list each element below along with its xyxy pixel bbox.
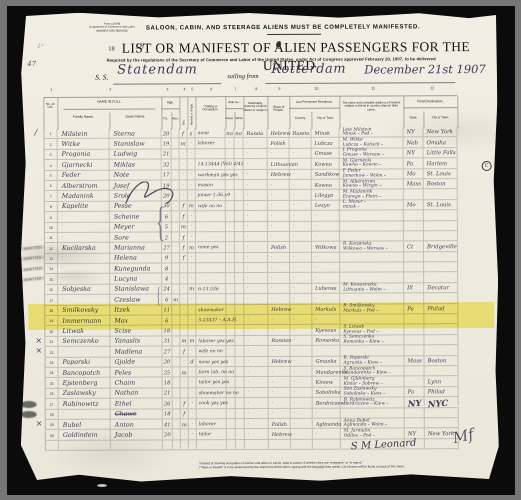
manifest-cell bbox=[173, 378, 181, 387]
manifest-cell bbox=[245, 440, 269, 449]
manifest-cell: Polish bbox=[269, 419, 291, 428]
manifest-cell bbox=[235, 357, 244, 366]
manifest-cell: · bbox=[312, 252, 340, 262]
header-divider bbox=[187, 97, 188, 129]
manifest-cell: Son ZaslawskySobolinka – Kiew – bbox=[341, 387, 405, 397]
manifest-cell bbox=[424, 221, 458, 231]
manifest-cell: · bbox=[244, 357, 268, 366]
header-label: Age. bbox=[161, 101, 179, 105]
manifest-cell: Mass bbox=[404, 179, 424, 188]
manifest-cell bbox=[236, 377, 245, 386]
manifest-cell: · bbox=[189, 388, 197, 397]
manifest-cell: 26 bbox=[163, 399, 173, 408]
manifest-cell: Lithuanian bbox=[268, 159, 290, 168]
manifest-cell bbox=[340, 210, 404, 220]
manifest-page[interactable]: Form 1500-B Department of Commerce and L… bbox=[19, 11, 499, 483]
manifest-cell: 18 bbox=[163, 378, 173, 387]
manifest-cell: Madlena bbox=[110, 347, 162, 357]
manifest-cell: · bbox=[189, 367, 197, 376]
sheet-number-printed: 18 bbox=[108, 46, 115, 53]
manifest-cell: · bbox=[290, 221, 312, 230]
paper-scrap bbox=[97, 484, 107, 487]
manifest-cell: Sterna bbox=[109, 128, 161, 138]
manifest-cell: none yes bbox=[196, 242, 226, 252]
manifest-cell: m bbox=[188, 336, 196, 345]
footnote-line: †“Race or People” is to be determined by… bbox=[199, 464, 455, 469]
manifest-cell bbox=[405, 377, 425, 386]
manifest-cell bbox=[226, 336, 235, 345]
column-number: 12 bbox=[430, 86, 434, 90]
manifest-cell: · bbox=[244, 159, 268, 168]
header-label: Country. bbox=[289, 117, 311, 121]
manifest-cell: Zaslawsky bbox=[59, 388, 111, 398]
manifest-cell bbox=[340, 231, 404, 241]
manifest-cell: · bbox=[245, 419, 269, 428]
manifest-cell: S. SemczenkoRomanka – Kiew – bbox=[340, 335, 404, 345]
manifest-cell: Ill bbox=[404, 283, 424, 292]
manifest-cell bbox=[172, 253, 180, 262]
manifest-cell: · bbox=[268, 284, 290, 293]
manifest-cell: · bbox=[312, 211, 340, 221]
manifest-cell: 27 bbox=[162, 347, 172, 356]
manifest-cell: · bbox=[244, 211, 268, 220]
manifest-cell: · bbox=[180, 284, 188, 293]
manifest-cell bbox=[404, 190, 424, 199]
manifest-cell: Progonia bbox=[58, 149, 110, 159]
manifest-cell: · bbox=[268, 253, 290, 262]
manifest-cell: laborer yes yes bbox=[196, 336, 226, 346]
sheet-number-pencil: 18 bbox=[135, 42, 144, 50]
manifest-cell: · bbox=[180, 357, 188, 366]
manifest-cell: · bbox=[244, 273, 268, 282]
manifest-cell: NY bbox=[403, 127, 423, 136]
manifest-cell bbox=[197, 409, 227, 419]
manifest-cell: workman yes yes bbox=[196, 170, 226, 180]
manifest-cell bbox=[173, 430, 181, 439]
manifest-cell bbox=[235, 222, 244, 231]
manifest-cell: · bbox=[268, 190, 290, 199]
manifest-cell: Nathan bbox=[111, 388, 163, 398]
manifest-cell: · bbox=[226, 138, 235, 147]
manifest-cell: · bbox=[244, 190, 268, 199]
header-divider bbox=[225, 97, 226, 129]
column-number: 4 bbox=[183, 87, 185, 91]
manifest-cell bbox=[196, 232, 226, 242]
inspector-signature: S M Leonard bbox=[351, 438, 417, 453]
manifest-cell: Chawe bbox=[111, 409, 163, 419]
manifest-cell: S. BancopotchMandarenks – Kiew – bbox=[341, 366, 405, 376]
manifest-cell: Gjolde bbox=[110, 357, 162, 367]
manifest-cell: tailor bbox=[197, 429, 227, 439]
manifest-cell bbox=[235, 190, 244, 199]
header-divider bbox=[339, 97, 340, 129]
manifest-cell: · bbox=[188, 191, 196, 200]
margin-mark: × bbox=[36, 419, 43, 428]
manifest-cell: New York bbox=[423, 127, 457, 137]
header-label: NAME IN FULL. bbox=[57, 100, 161, 104]
header-label: Mos. bbox=[171, 117, 179, 120]
manifest-cell bbox=[424, 262, 458, 272]
manifest-cell: · bbox=[244, 253, 268, 262]
header-label: State. bbox=[403, 116, 423, 119]
manifest-cell: · bbox=[188, 139, 196, 148]
header-divider bbox=[289, 97, 290, 129]
manifest-cell bbox=[235, 263, 244, 272]
margin-pencil-note: 47 bbox=[27, 60, 36, 68]
manifest-cell: 41 bbox=[163, 419, 173, 428]
manifest-cell: · bbox=[244, 263, 268, 272]
manifest-cell bbox=[227, 409, 236, 418]
manifest-cell: Kunegunda bbox=[110, 264, 162, 274]
manifest-cell: Ct bbox=[404, 242, 424, 251]
header-label: *Calling or Occupation. bbox=[195, 105, 225, 112]
manifest-cell bbox=[226, 190, 235, 199]
manifest-cell: · bbox=[188, 170, 196, 179]
sailing-from-label: sailing from bbox=[227, 73, 258, 80]
manifest-cell: M. GjarneckiKowno – Kowno – bbox=[340, 159, 404, 169]
manifest-cell: no bbox=[225, 128, 234, 137]
manifest-cell: Philad bbox=[425, 387, 459, 397]
manifest-cell: · bbox=[188, 149, 196, 158]
manifest-cell bbox=[226, 253, 235, 262]
manifest-cell: Little Falls bbox=[424, 148, 458, 158]
manifest-cell bbox=[291, 439, 313, 448]
header-divider bbox=[43, 98, 44, 130]
manifest-cell: · bbox=[268, 263, 290, 272]
column-number: 3 bbox=[166, 87, 168, 91]
manifest-cell: 13 bbox=[44, 254, 58, 263]
manifest-cell: f bbox=[180, 232, 188, 241]
manifest-cell: · bbox=[244, 284, 268, 293]
manifest-cell: 20 bbox=[162, 357, 172, 366]
header-label: Nationality. (Country of which citizen o… bbox=[242, 102, 268, 112]
manifest-cell: · bbox=[188, 180, 196, 189]
manifest-cell bbox=[404, 231, 424, 240]
header-rule bbox=[403, 107, 457, 108]
column-number: 2 bbox=[109, 88, 111, 92]
manifest-cell: Yanaslis bbox=[110, 336, 162, 346]
manifest-cell bbox=[341, 408, 405, 418]
header-label: Given Name. bbox=[109, 115, 161, 119]
manifest-cell: · bbox=[312, 232, 340, 242]
manifest-cell bbox=[235, 211, 244, 220]
manifest-cell bbox=[196, 253, 226, 263]
manifest-cell: Kapelite bbox=[58, 201, 110, 211]
manifest-cell: Bridgeville bbox=[424, 241, 458, 251]
manifest-cell: · bbox=[312, 346, 340, 356]
manifest-cell bbox=[235, 201, 244, 210]
manifest-cell: Pesse bbox=[110, 201, 162, 211]
manifest-cell: · bbox=[290, 284, 312, 293]
manifest-cell: · bbox=[268, 180, 290, 189]
manifest-cell bbox=[227, 429, 236, 438]
manifest-cell: · bbox=[268, 232, 290, 241]
manifest-cell: · bbox=[269, 398, 291, 407]
manifest-cell bbox=[172, 357, 180, 366]
manifest-cell: 19 bbox=[162, 180, 172, 189]
manifest-cell bbox=[235, 149, 244, 158]
manifest-cell: · bbox=[245, 429, 269, 438]
manifest-cell bbox=[425, 366, 459, 376]
ss-prefix: S. S. bbox=[95, 73, 108, 82]
manifest-cell: · bbox=[268, 201, 290, 210]
manifest-cell bbox=[172, 284, 180, 293]
manifest-cell bbox=[173, 409, 181, 418]
manifest-cell: 4 bbox=[162, 274, 172, 283]
manifest-cell: 8 bbox=[162, 263, 172, 272]
manifest-cell bbox=[172, 336, 180, 345]
manifest-cell bbox=[235, 232, 244, 241]
scan-background: Form 1500-B Department of Commerce and L… bbox=[7, 6, 515, 495]
manifest-cell: · bbox=[181, 430, 189, 439]
header-rule bbox=[63, 108, 155, 109]
manifest-cell: Witke bbox=[58, 139, 110, 149]
manifest-cell bbox=[173, 388, 181, 397]
manifest-cell: shoemaker no no bbox=[197, 388, 227, 398]
manifest-cell: Wilkowa bbox=[312, 242, 340, 252]
manifest-cell bbox=[226, 170, 235, 179]
manifest-cell: · bbox=[291, 377, 313, 386]
manifest-cell: · bbox=[244, 346, 268, 355]
manifest-cell: laborer bbox=[197, 419, 227, 429]
manifest-cell: 29 bbox=[45, 420, 59, 429]
manifest-cell: · bbox=[290, 190, 312, 199]
signature-flourish: Mf bbox=[451, 425, 475, 447]
manifest-cell bbox=[181, 440, 189, 449]
manifest-cell: m bbox=[180, 336, 188, 345]
manifest-cell bbox=[172, 232, 180, 241]
admitted-stamp: ADMITTED bbox=[21, 255, 44, 261]
manifest-cell: m bbox=[188, 243, 196, 252]
manifest-cell: Leie MilsteinMinsk – Pod – bbox=[339, 127, 403, 137]
manifest-cell: · bbox=[189, 409, 197, 418]
manifest-cell: · bbox=[244, 138, 268, 147]
manifest-cell: · bbox=[290, 336, 312, 345]
manifest-cell bbox=[172, 243, 180, 252]
manifest-cell: 24 bbox=[45, 368, 59, 377]
manifest-cell: F. FederJamerkow – Wolm – bbox=[340, 169, 404, 179]
manifest-cell: wife no no bbox=[196, 201, 226, 211]
manifest-cell: · bbox=[268, 221, 290, 230]
manifest-cell: · bbox=[290, 263, 312, 272]
manifest-cell bbox=[404, 252, 424, 261]
manifest-cell: · bbox=[290, 346, 312, 355]
manifest-cell bbox=[424, 210, 458, 220]
manifest-cell: 9 bbox=[44, 212, 58, 221]
manifest-cell: Gjarnecki bbox=[58, 160, 110, 170]
manifest-cell: 6-13,536 bbox=[196, 284, 226, 294]
manifest-cell: 6 bbox=[44, 181, 58, 190]
manifest-cell: · bbox=[59, 409, 111, 419]
manifest-cell bbox=[340, 273, 404, 283]
manifest-cell: · bbox=[180, 274, 188, 283]
manifest-cell bbox=[172, 160, 180, 169]
manifest-cell: · bbox=[188, 346, 196, 355]
manifest-cell: M. GjldinbergKinlar – Sobrew – bbox=[341, 377, 405, 387]
manifest-cell bbox=[236, 409, 245, 418]
manifest-cell bbox=[236, 388, 245, 397]
manifest-cell: · bbox=[244, 201, 268, 210]
manifest-cell bbox=[226, 149, 235, 158]
manifest-cell: Scheine bbox=[110, 212, 162, 222]
manifest-cell bbox=[424, 273, 458, 283]
manifest-cell: Semczenko bbox=[58, 336, 110, 346]
column-number: 7 bbox=[234, 87, 236, 91]
column-number: 5 bbox=[191, 87, 193, 91]
manifest-cell: · bbox=[244, 242, 268, 251]
manifest-cell bbox=[235, 242, 244, 251]
manifest-cell bbox=[235, 346, 244, 355]
header-subdivider bbox=[171, 112, 172, 129]
manifest-cell: · bbox=[290, 159, 312, 168]
manifest-cell: Madanink bbox=[58, 191, 110, 201]
manifest-cell: M. KowasinskaLithuania – Wolm – bbox=[340, 283, 404, 293]
manifest-cell: Lucyna bbox=[110, 274, 162, 284]
manifest-cell bbox=[235, 274, 244, 283]
manifest-cell bbox=[172, 222, 180, 231]
header-divider bbox=[457, 96, 458, 128]
header-label: Sex. bbox=[181, 101, 185, 125]
manifest-cell bbox=[227, 377, 236, 386]
manifest-cell bbox=[226, 159, 235, 168]
manifest-cell: 8 bbox=[44, 202, 58, 211]
manifest-cell: · bbox=[313, 408, 341, 418]
manifest-cell: · bbox=[188, 232, 196, 241]
manifest-cell: 9 bbox=[162, 253, 172, 262]
manifest-cell: Boston bbox=[424, 356, 458, 366]
manifest-cell: 16 bbox=[44, 285, 58, 294]
header-label: Final Destination. bbox=[403, 100, 457, 104]
manifest-cell: cook yes yes bbox=[197, 398, 227, 408]
manifest-cell: Miklas bbox=[110, 160, 162, 170]
manifest-cell bbox=[173, 398, 181, 407]
manifest-cell: Ejstenberg bbox=[59, 378, 111, 388]
manifest-cell bbox=[404, 262, 424, 271]
manifest-cell: · bbox=[180, 149, 188, 158]
manifest-cell: laborer bbox=[196, 139, 226, 149]
margin-mark: × bbox=[35, 335, 42, 344]
manifest-cell bbox=[227, 398, 236, 407]
manifest-cell: · bbox=[269, 388, 291, 397]
manifest-cell: Hebrew bbox=[267, 128, 289, 137]
manifest-cell: M. MadaninkEniregn – Pletri – bbox=[340, 190, 404, 200]
manifest-cell: · bbox=[245, 409, 269, 418]
manifest-cell: · bbox=[268, 273, 290, 282]
header-label: Able to— bbox=[225, 101, 243, 104]
manifest-cell: · bbox=[269, 367, 291, 376]
manifest-cell: Lubcza bbox=[312, 138, 340, 148]
header-label: Last Permanent Residence. bbox=[289, 101, 339, 105]
manifest-cell: 28 bbox=[45, 409, 59, 418]
manifest-cell bbox=[172, 347, 180, 356]
manifest-cell: 30 bbox=[45, 430, 59, 439]
manifest-cell bbox=[235, 159, 244, 168]
manifest-cell: · bbox=[244, 221, 268, 230]
manifest-cell bbox=[404, 345, 424, 354]
manifest-cell: Chaim bbox=[111, 378, 163, 388]
manifest-cell: Decatur bbox=[424, 283, 458, 293]
manifest-cell: m bbox=[180, 139, 188, 148]
manifest-cell: Russian bbox=[268, 336, 290, 345]
manifest-cell: Hebrew bbox=[269, 429, 291, 438]
admitted-stamp: ADMITTED bbox=[21, 266, 44, 272]
manifest-cell bbox=[172, 170, 180, 179]
header-label: City or Town. bbox=[423, 116, 457, 120]
manifest-cell: · bbox=[189, 398, 197, 407]
manifest-cell bbox=[424, 231, 458, 241]
manifest-cell bbox=[226, 222, 235, 231]
manifest-cell bbox=[173, 367, 181, 376]
manifest-cell: Anton bbox=[111, 419, 163, 429]
circled-annotation: C bbox=[482, 161, 492, 171]
header-subdivider bbox=[109, 113, 110, 130]
manifest-cell bbox=[235, 336, 244, 345]
manifest-cell: 23 bbox=[44, 357, 58, 366]
manifest-cell: Gmanka bbox=[312, 356, 340, 366]
manifest-cell bbox=[226, 357, 235, 366]
header-label: No. on List. bbox=[43, 103, 57, 110]
header-rule bbox=[289, 108, 339, 109]
manifest-cell: f bbox=[179, 128, 187, 137]
manifest-cell bbox=[226, 232, 235, 241]
manifest-cell: · bbox=[268, 211, 290, 220]
manifest-cell: 21 bbox=[44, 337, 58, 346]
manifest-cell: · bbox=[244, 336, 268, 345]
manifest-cell: Gmuse bbox=[312, 148, 340, 158]
manifest-cell: mason bbox=[196, 180, 226, 190]
manifest-cell: · bbox=[244, 180, 268, 189]
manifest-cell bbox=[424, 189, 458, 199]
manifest-cell: m bbox=[188, 284, 196, 293]
manifest-cell: m bbox=[181, 367, 189, 376]
manifest-cell: Anna BubelAglinanda – Wolm – bbox=[341, 418, 405, 428]
manifest-cell: s bbox=[187, 128, 195, 137]
manifest-cell: · bbox=[291, 419, 313, 428]
manifest-cell bbox=[340, 221, 404, 231]
column-number: 9 bbox=[278, 87, 280, 91]
manifest-cell: Polish bbox=[268, 138, 290, 147]
manifest-cell bbox=[172, 180, 180, 189]
manifest-cell bbox=[226, 346, 235, 355]
manifest-cell: M. AlberstromKowno – Wirgin – bbox=[340, 179, 404, 189]
manifest-cell: none yes yes bbox=[196, 357, 226, 367]
manifest-cell: · bbox=[244, 149, 268, 158]
manifest-cell: · bbox=[290, 180, 312, 189]
manifest-cell bbox=[226, 284, 235, 293]
manifest-cell: Rabinowitz bbox=[59, 399, 111, 409]
manifest-cell bbox=[236, 419, 245, 428]
manifest-cell: 11 bbox=[44, 233, 58, 242]
corner-pencil-mark: 1ᵈ bbox=[37, 43, 43, 50]
manifest-cell: · bbox=[269, 408, 291, 417]
manifest-cell: Ethel bbox=[111, 399, 163, 409]
manifest-cell: · bbox=[58, 212, 110, 222]
manifest-cell: Note bbox=[110, 170, 162, 180]
manifest-cell: Romanka bbox=[312, 335, 340, 345]
manifest-cell: Russia bbox=[289, 128, 311, 137]
manifest-cell: tailor yes yes bbox=[197, 378, 227, 388]
manifest-cell: no bbox=[234, 128, 243, 137]
manifest-cell bbox=[163, 440, 173, 449]
manifest-cell: · bbox=[244, 170, 268, 179]
header-divider bbox=[195, 97, 196, 129]
manifest-cell: f bbox=[180, 243, 188, 252]
table-header: No. on List.NAME IN FULL.Family Name.Giv… bbox=[43, 95, 457, 130]
manifest-cell bbox=[269, 440, 291, 449]
manifest-cell: 20 bbox=[163, 430, 173, 439]
manifest-cell bbox=[226, 180, 235, 189]
manifest-cell: Stanislaw bbox=[110, 139, 162, 149]
